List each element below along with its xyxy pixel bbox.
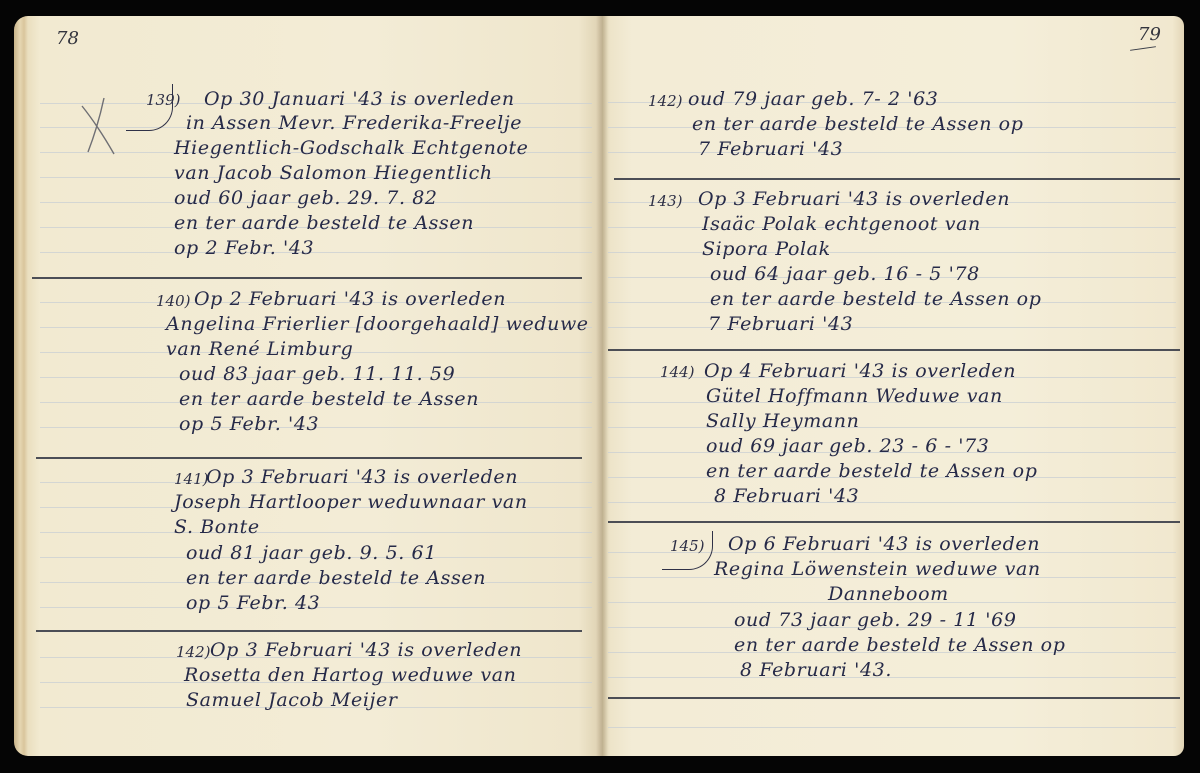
entry-separator [36, 630, 582, 632]
ruled-line [40, 252, 592, 253]
open-notebook: 78 139) Op 30 Januari '43 is overleden i… [0, 0, 1200, 773]
entry-line: Sipora Polak [702, 238, 831, 260]
entry-number: 140) [156, 292, 190, 310]
entry-line: en ter aarde besteld te Assen op [710, 288, 1041, 310]
entry-line: Regina Löwenstein weduwe van [714, 558, 1041, 580]
bracket-mark [662, 531, 713, 570]
ruled-line [608, 327, 1176, 328]
entry-line: Op 2 Februari '43 is overleden [194, 288, 506, 310]
entry-line: Angelina Frierlier [doorgehaald] weduwe [166, 313, 589, 335]
entry-line: oud 83 jaar geb. 11. 11. 59 [179, 363, 455, 385]
entry-line: en ter aarde besteld te Assen [186, 567, 486, 589]
entry-line: Samuel Jacob Meijer [186, 689, 398, 711]
ruled-line [608, 152, 1176, 153]
ruled-line [608, 502, 1176, 503]
entry-line: van Jacob Salomon Hiegentlich [174, 162, 493, 184]
page-number: 78 [56, 28, 79, 49]
entry-separator [36, 457, 582, 459]
book-gutter [596, 16, 608, 756]
entry-separator [608, 697, 1180, 699]
ruled-line [608, 677, 1176, 678]
entry-line: 7 Februari '43 [708, 313, 853, 335]
page-number: 79 [1138, 24, 1161, 45]
entry-line: Joseph Hartlooper weduwnaar van [174, 491, 528, 513]
entry-line: 8 Februari '43 [714, 485, 859, 507]
entry-number: 142) [648, 92, 682, 110]
entry-line: oud 64 jaar geb. 16 - 5 '78 [710, 263, 980, 285]
entry-number: 142) [176, 643, 210, 661]
entry-line: en ter aarde besteld te Assen op [734, 634, 1065, 656]
entry-line: Op 3 Februari '43 is overleden [210, 639, 522, 661]
ruled-line [40, 532, 592, 533]
entry-line: en ter aarde besteld te Assen op [692, 113, 1023, 135]
entry-line: Gütel Hoffmann Weduwe van [706, 385, 1003, 407]
x-margin-mark-icon [78, 96, 118, 158]
entry-number: 143) [648, 192, 682, 210]
entry-line: Op 30 Januari '43 is overleden [204, 88, 515, 110]
entry-line: Rosetta den Hartog weduwe van [184, 664, 516, 686]
entry-separator [614, 178, 1180, 180]
entry-number: 144) [660, 363, 694, 381]
entry-line: oud 73 jaar geb. 29 - 11 '69 [734, 609, 1017, 631]
entry-line: Sally Heymann [706, 410, 859, 432]
entry-line: op 5 Febr. '43 [179, 413, 319, 435]
entry-line: Op 6 Februari '43 is overleden [728, 533, 1040, 555]
entry-number: 141) [174, 470, 208, 488]
entry-line: Op 3 Februari '43 is overleden [698, 188, 1010, 210]
entry-line: Isaäc Polak echtgenoot van [702, 213, 981, 235]
entry-line: en ter aarde besteld te Assen [174, 212, 474, 234]
right-page: 79 142) oud 79 jaar geb. 7- 2 '63 en ter… [602, 16, 1184, 756]
left-page: 78 139) Op 30 Januari '43 is overleden i… [14, 16, 602, 756]
entry-line: in Assen Mevr. Frederika-Freelje [186, 112, 522, 134]
ruled-line [608, 427, 1176, 428]
entry-separator [608, 349, 1180, 351]
page-number-underline [1130, 46, 1156, 51]
entry-line: en ter aarde besteld te Assen [179, 388, 479, 410]
entry-line: op 2 Febr. '43 [174, 237, 314, 259]
entry-separator [32, 277, 582, 279]
ruled-line [608, 252, 1176, 253]
entry-line: Op 4 Februari '43 is overleden [704, 360, 1016, 382]
entry-line: 7 Februari '43 [698, 138, 843, 160]
ruled-line [608, 727, 1176, 728]
entry-line: S. Bonte [174, 516, 260, 538]
entry-line: van René Limburg [166, 338, 353, 360]
entry-line: Hiegentlich-Godschalk Echtgenote [174, 137, 529, 159]
entry-line: Op 3 Februari '43 is overleden [206, 466, 518, 488]
entry-line: oud 81 jaar geb. 9. 5. 61 [186, 542, 437, 564]
entry-line: en ter aarde besteld te Assen op [706, 460, 1037, 482]
entry-line: 8 Februari '43. [740, 659, 892, 681]
entry-line: op 5 Febr. 43 [186, 592, 320, 614]
entry-separator [608, 521, 1180, 523]
bracket-mark [126, 84, 173, 131]
entry-line: oud 69 jaar geb. 23 - 6 - '73 [706, 435, 989, 457]
entry-line: Danneboom [828, 583, 949, 605]
entry-line: oud 60 jaar geb. 29. 7. 82 [174, 187, 438, 209]
entry-line: oud 79 jaar geb. 7- 2 '63 [688, 88, 939, 110]
